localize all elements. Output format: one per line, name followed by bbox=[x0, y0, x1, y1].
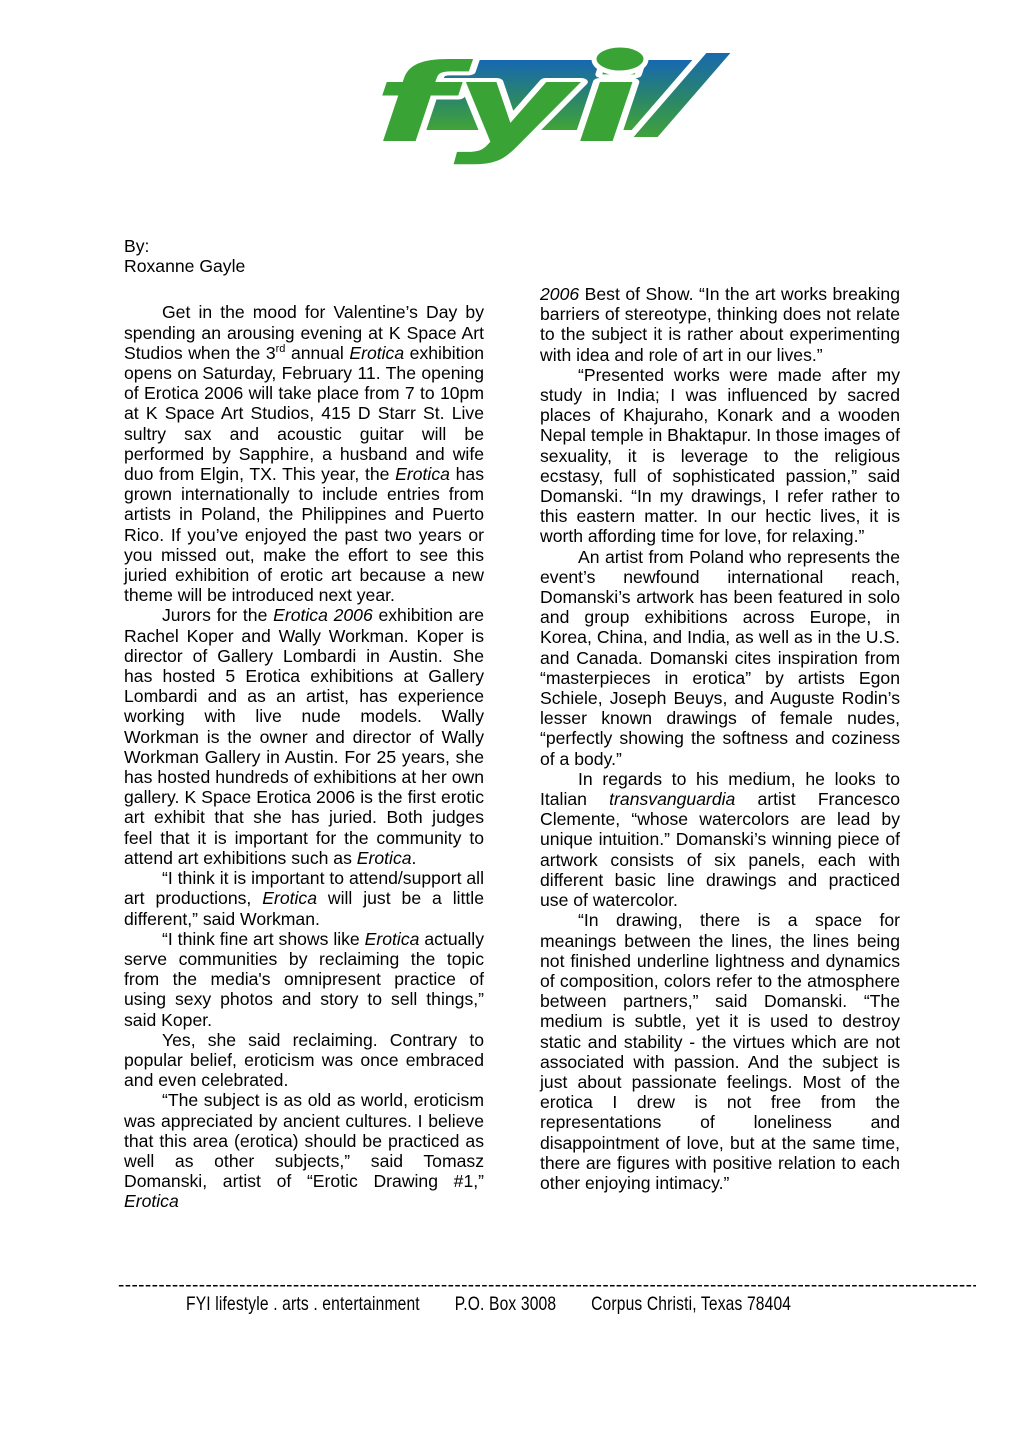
paragraph: “I think it is important to attend/suppo… bbox=[124, 868, 484, 929]
text-segment: “In drawing, there is a space for meanin… bbox=[540, 910, 900, 1193]
text-segment: An artist from Poland who represents the… bbox=[540, 547, 900, 769]
footer-contact-inner: FYI lifestyle . arts . entertainment P.O… bbox=[186, 1294, 791, 1314]
text-segment: “I think fine art shows like bbox=[162, 929, 365, 949]
text-segment: Erotica bbox=[365, 929, 420, 949]
paragraph: Get in the mood for Valentine’s Day by s… bbox=[124, 302, 484, 605]
paragraph: An artist from Poland who represents the… bbox=[540, 547, 900, 769]
paragraph: “Presented works were made after my stud… bbox=[540, 365, 900, 547]
footer-contact-line: FYI lifestyle . arts . entertainment P.O… bbox=[186, 1294, 942, 1314]
text-segment: Jurors for the bbox=[162, 605, 273, 625]
text-segment: Erotica bbox=[262, 888, 317, 908]
article-text-right: 2006 Best of Show. “In the art works bre… bbox=[540, 284, 900, 1193]
paragraph: In regards to his medium, he looks to It… bbox=[540, 769, 900, 910]
text-segment: exhibition opens on Saturday, February 1… bbox=[124, 343, 484, 484]
text-segment: exhibition are Rachel Koper and Wally Wo… bbox=[124, 605, 484, 867]
paragraph: “In drawing, there is a space for meanin… bbox=[540, 910, 900, 1193]
text-segment: rd bbox=[276, 343, 286, 355]
article-text-left: Get in the mood for Valentine’s Day by s… bbox=[124, 302, 484, 1211]
document-page: fyi By: Roxanne Gayle Get in the mood fo… bbox=[0, 0, 1020, 1443]
text-segment: “The subject is as old as world, erotici… bbox=[124, 1090, 484, 1191]
left-column: By: Roxanne Gayle Get in the mood for Va… bbox=[124, 236, 484, 1212]
text-segment: 2006 bbox=[540, 284, 579, 304]
footer-city-state: Corpus Christi, Texas 78404 bbox=[591, 1293, 791, 1315]
text-segment: Best of Show. “In the art works breaking… bbox=[540, 284, 900, 365]
text-segment: Erotica bbox=[357, 848, 412, 868]
text-segment: annual bbox=[285, 343, 349, 363]
text-segment: Erotica bbox=[349, 343, 404, 363]
right-column: 2006 Best of Show. “In the art works bre… bbox=[540, 284, 900, 1193]
text-segment: . bbox=[412, 848, 417, 868]
text-segment: has grown internationally to include ent… bbox=[124, 464, 484, 605]
paragraph: “The subject is as old as world, erotici… bbox=[124, 1090, 484, 1211]
paragraph: Yes, she said reclaiming. Contrary to po… bbox=[124, 1030, 484, 1091]
footer-org: FYI lifestyle . arts . entertainment bbox=[186, 1293, 420, 1315]
text-segment: Erotica bbox=[395, 464, 450, 484]
paragraph: “I think fine art shows like Erotica act… bbox=[124, 929, 484, 1030]
text-segment: Erotica bbox=[124, 1191, 179, 1211]
text-segment: transvanguardia bbox=[609, 789, 735, 809]
byline: By: Roxanne Gayle bbox=[124, 236, 484, 276]
text-segment: “Presented works were made after my stud… bbox=[540, 365, 900, 547]
footer-po-box: P.O. Box 3008 bbox=[455, 1293, 557, 1315]
text-segment: Erotica 2006 bbox=[273, 605, 373, 625]
paragraph: Jurors for the Erotica 2006 exhibition a… bbox=[124, 605, 484, 868]
fyi-logo: fyi bbox=[352, 44, 744, 176]
text-segment: Yes, she said reclaiming. Contrary to po… bbox=[124, 1030, 484, 1090]
logo-i-dot bbox=[594, 45, 646, 73]
byline-author: Roxanne Gayle bbox=[124, 256, 484, 276]
byline-label: By: bbox=[124, 236, 484, 256]
paragraph: 2006 Best of Show. “In the art works bre… bbox=[540, 284, 900, 365]
